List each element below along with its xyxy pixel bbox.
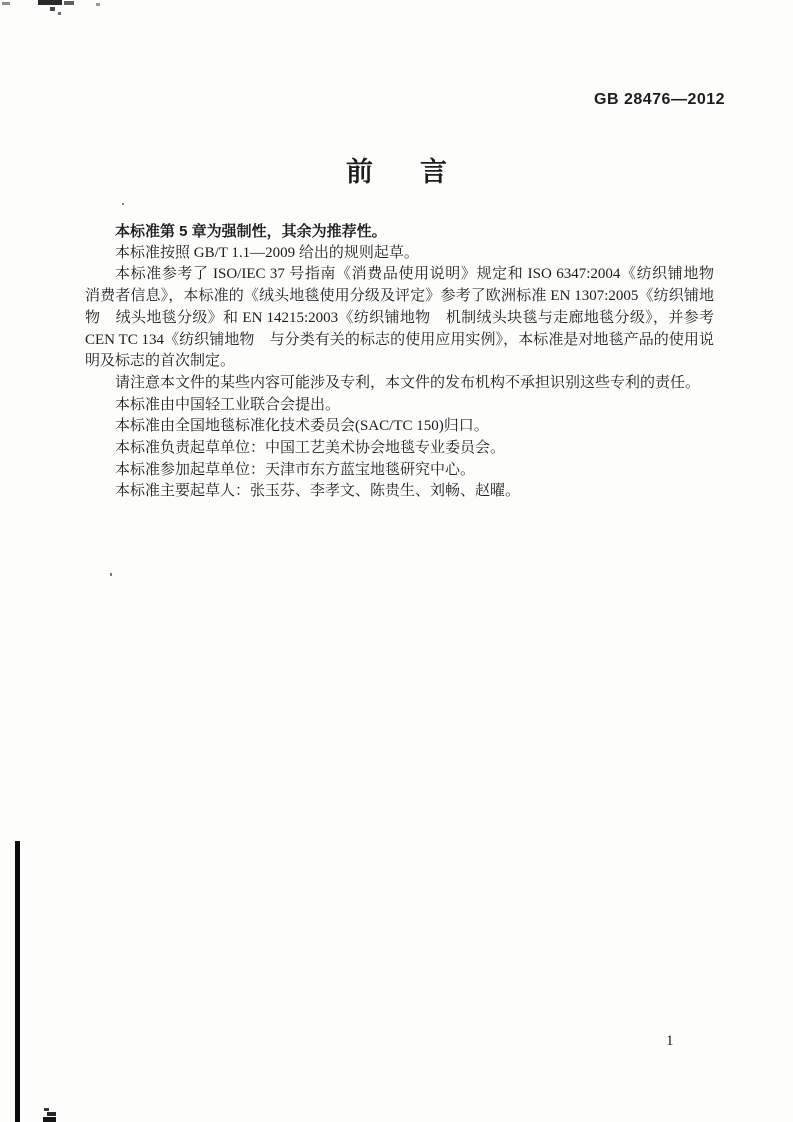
scan-artifact bbox=[47, 1112, 56, 1116]
scan-artifact bbox=[43, 1117, 56, 1122]
scan-artifact bbox=[44, 1108, 49, 1111]
standard-number: GB 28476—2012 bbox=[594, 91, 725, 109]
scan-artifact bbox=[58, 12, 61, 15]
scan-artifact bbox=[64, 1, 74, 5]
foreword-paragraph: 本标准参加起草单位：天津市东方蓝宝地毯研究中心。 bbox=[85, 460, 714, 482]
foreword-paragraph: 本标准按照 GB/T 1.1—2009 给出的规则起草。 bbox=[85, 243, 714, 265]
foreword-paragraph: 本标准参考了 ISO/IEC 37 号指南《消费品使用说明》规定和 ISO 63… bbox=[85, 264, 714, 373]
foreword-paragraph: 本标准由全国地毯标准化技术委员会(SAC/TC 150)归口。 bbox=[85, 416, 714, 438]
page-title: 前 言 bbox=[0, 150, 793, 189]
scan-artifact bbox=[38, 0, 62, 5]
page-number: 1 bbox=[666, 1033, 674, 1050]
scan-artifact bbox=[96, 3, 100, 6]
scan-artifact bbox=[110, 573, 112, 576]
foreword-paragraph: 请注意本文件的某些内容可能涉及专利，本文件的发布机构不承担识别这些专利的责任。 bbox=[85, 373, 714, 395]
scan-artifact bbox=[2, 2, 10, 5]
foreword-paragraph: 本标准由中国轻工业联合会提出。 bbox=[85, 395, 714, 417]
scan-artifact-left-bar bbox=[15, 841, 20, 1122]
foreword-paragraph: 本标准负责起草单位：中国工艺美术协会地毯专业委员会。 bbox=[85, 438, 714, 460]
scan-artifact bbox=[122, 203, 124, 205]
foreword-paragraph: 本标准主要起草人：张玉芬、李孝文、陈贵生、刘畅、赵曜。 bbox=[85, 481, 714, 503]
scan-artifact bbox=[50, 7, 55, 11]
foreword-paragraphs: 本标准第 5 章为强制性，其余为推荐性。本标准按照 GB/T 1.1—2009 … bbox=[85, 221, 714, 503]
foreword-paragraph: 本标准第 5 章为强制性，其余为推荐性。 bbox=[85, 221, 714, 243]
document-page: GB 28476—2012 前 言 本标准第 5 章为强制性，其余为推荐性。本标… bbox=[0, 0, 793, 1122]
